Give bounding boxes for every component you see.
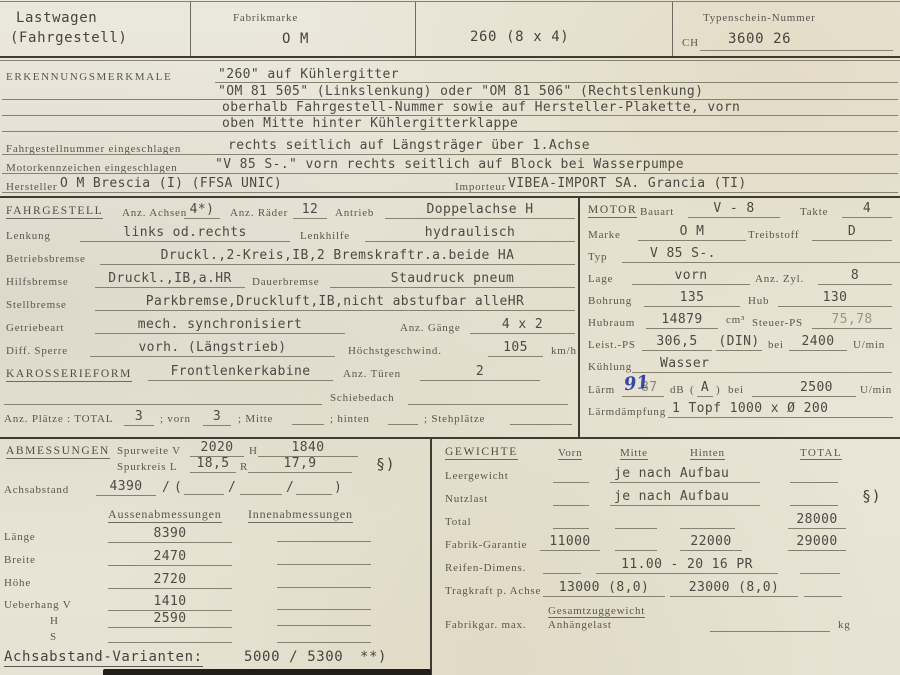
hersteller-value: O M Brescia (I) (FFSA UNIC) [60, 176, 282, 191]
rule-line [700, 50, 893, 51]
garantie-vorn-value: 11000 [540, 534, 600, 551]
spurkreis-r-value: 17,9 [248, 456, 352, 473]
varianten-label: Achsabstand-Varianten: [4, 649, 203, 667]
reifen-dimens-value: 11.00 - 20 16 PR [596, 557, 778, 574]
divider [430, 437, 432, 675]
rule-line [632, 372, 892, 373]
ueberhang-label: Ueberhang V [4, 599, 72, 611]
erkennung-line3: oberhalb Fahrgestell-Nummer sowie auf He… [222, 100, 740, 115]
blank-field [790, 505, 838, 506]
leistps-value: 306,5 [642, 334, 712, 351]
rule-line [610, 482, 760, 483]
vehicle-type-line2: (Fahrgestell) [10, 30, 127, 46]
col-aussenabmessungen: Aussenabmessungen [108, 507, 222, 523]
zyl-value: 8 [818, 268, 892, 285]
vehicle-type-line1: Lastwagen [16, 10, 97, 26]
laerm-label: Lärm [588, 384, 615, 396]
blank-field [553, 505, 589, 506]
abmessungen-title: ABMESSUNGEN [6, 445, 110, 459]
spurweite-v-value: 2020 [190, 440, 244, 457]
stellbremse-label: Stellbremse [6, 299, 67, 311]
kuehlung-value: Wasser [660, 356, 709, 371]
bauart-value: V - 8 [688, 201, 780, 218]
blank-field [277, 642, 371, 643]
laerm-bei-label: bei [728, 384, 744, 396]
blank-field [296, 494, 332, 495]
ueberhang-v-value: 1410 [108, 594, 232, 611]
achsabstand-label: Achsabstand [4, 484, 69, 496]
rule-line [2, 173, 898, 174]
blank-field [680, 528, 735, 529]
laerm-rpm-value: 2500 [800, 380, 833, 395]
diffsperre-value: vorh. (Längstrieb) [90, 340, 335, 357]
lenkhilfe-label: Lenkhilfe [300, 230, 350, 242]
blank-field [553, 482, 589, 483]
achsen-label: Anz. Achsen [122, 207, 187, 219]
fabrikmarke-label: Fabrikmarke [233, 12, 298, 24]
tragkraft-label: Tragkraft p. Achse [445, 585, 541, 597]
achsen-value: 4*) [184, 202, 220, 219]
ueberhang-h-label: H [50, 615, 59, 627]
leistps-rpm-value: 2400 [789, 334, 847, 351]
slash-mark: / [286, 480, 294, 495]
rule-line [415, 2, 416, 57]
rule-line [0, 1, 900, 2]
rule-line [2, 99, 898, 100]
treibstoff-label: Treibstoff [748, 229, 799, 241]
typ-label: Typ [588, 251, 607, 263]
total-label: Total [445, 516, 471, 528]
fahrgestellnummer-value: rechts seitlich auf Längsträger über 1.A… [228, 138, 590, 153]
col-hinten: Hinten [690, 447, 725, 460]
total-value: 28000 [788, 512, 846, 529]
lenkhilfe-value: hydraulisch [365, 225, 575, 242]
typenschein-label: Typenschein-Nummer [703, 12, 816, 24]
typenschein-prefix: CH [682, 37, 699, 49]
rule-line [752, 396, 856, 397]
achsabstand-value: 4390 [96, 479, 156, 496]
blank-field [277, 564, 371, 565]
ueberhang-s-label: S [50, 631, 57, 643]
kg-unit: kg [838, 619, 851, 631]
laerm-rpm-unit: U/min [860, 384, 892, 396]
marke-label: Marke [588, 229, 621, 241]
erkennung-label: ERKENNUNGSMERKMALE [6, 71, 172, 83]
leistps-bei-label: bei [768, 339, 784, 351]
blank-field [804, 596, 842, 597]
schiebedach-label: Schiebedach [330, 392, 394, 404]
motorkennzeichen-value: "V 85 S-." vorn rechts seitlich auf Bloc… [215, 157, 684, 172]
blank-field [277, 541, 371, 542]
blank-field [615, 528, 657, 529]
bohrung-value: 135 [644, 290, 740, 307]
blank-field [800, 573, 840, 574]
laerm-handwritten-value: 91 [623, 372, 650, 396]
bohrung-label: Bohrung [588, 295, 632, 307]
blank-field [510, 424, 572, 425]
garantie-total-value: 29000 [788, 534, 846, 551]
plaetze-mitte-label: ; Mitte [238, 413, 273, 425]
laenge-label: Länge [4, 531, 35, 543]
plaetze-total-value: 3 [124, 409, 154, 426]
blank-field [388, 424, 418, 425]
hoehe-label: Höhe [4, 577, 31, 589]
karosserieform-value: Frontlenkerkabine [148, 364, 333, 381]
varianten-note: **) [360, 649, 387, 665]
hoehe-value: 2720 [108, 572, 232, 589]
tueren-label: Anz. Türen [343, 368, 401, 380]
breite-value: 2470 [108, 549, 232, 566]
fabrik-garantie-label: Fabrik-Garantie [445, 539, 527, 551]
typ-value: V 85 S-. [622, 246, 900, 263]
laerm-db-unit: dB [670, 384, 684, 396]
erkennung-line4: oben Mitte hinter Kühlergitterklappe [222, 116, 518, 131]
nutzlast-value: je nach Aufbau [614, 489, 729, 504]
getriebeart-value: mech. synchronisiert [95, 317, 345, 334]
bauart-label: Bauart [640, 206, 674, 218]
blank-field [615, 550, 657, 551]
gewichte-title: GEWICHTE [445, 446, 518, 460]
spurweite-h-value: 1840 [258, 440, 358, 457]
steuerps-label: Steuer-PS [752, 317, 803, 329]
spurkreis-l-value: 18,5 [190, 456, 236, 473]
plaetze-vorn-label: ; vorn [160, 413, 191, 425]
varianten-value: 5000 / 5300 [244, 649, 343, 665]
laerm-a-marker: A [697, 380, 713, 397]
fabrikmarke-value: O M [282, 31, 309, 47]
rule-line [622, 396, 664, 397]
antrieb-label: Antrieb [335, 207, 374, 219]
col-mitte: Mitte [620, 447, 648, 460]
lenkung-label: Lenkung [6, 230, 51, 242]
leergewicht-value: je nach Aufbau [614, 466, 729, 481]
treibstoff-value: D [812, 224, 892, 241]
gaenge-label: Anz. Gänge [400, 322, 461, 334]
divider [0, 56, 900, 58]
kuehlung-label: Kühlung [588, 361, 632, 373]
antrieb-value: Doppelachse H [385, 202, 575, 219]
blank-field [553, 528, 589, 529]
rule-line [190, 2, 191, 57]
spurweite-label: Spurweite V [117, 445, 181, 457]
col-innenabmessungen: Innenabmessungen [248, 507, 353, 523]
anhaengelast-label: Anhängelast [548, 619, 612, 631]
marke-value: O M [638, 224, 746, 241]
hoechstgeschwind-label: Höchstgeschwind. [348, 345, 442, 357]
hoechstgeschwind-value: 105 [488, 340, 543, 357]
ueberhang-h-value: 2590 [108, 611, 232, 628]
paren-close: ) [334, 480, 342, 495]
scan-edge-artifact [103, 669, 431, 675]
laermdaempfung-value: 1 Topf 1000 x Ø 200 [672, 401, 828, 416]
divider [0, 437, 900, 439]
laenge-value: 8390 [108, 526, 232, 543]
leergewicht-label: Leergewicht [445, 470, 509, 482]
rule-line [0, 60, 900, 61]
rule-line [668, 417, 893, 418]
rule-line [610, 505, 760, 506]
stehplaetze-label: ; Stehplätze [424, 413, 485, 425]
blank-field [108, 642, 232, 643]
rule-line [2, 115, 898, 116]
raeder-label: Anz. Räder [230, 207, 288, 219]
spurkreis-label: Spurkreis L [117, 461, 177, 473]
paren-open: ( [174, 480, 182, 495]
betriebsbremse-value: Druckl.,2-Kreis,IB,2 Bremskraftr.a.beide… [100, 248, 575, 265]
blank-field [277, 625, 371, 626]
leistps-norm: (DIN) [716, 334, 762, 351]
plaetze-label: Anz. Plätze : TOTAL [4, 413, 113, 425]
blank-field [277, 587, 371, 588]
lage-label: Lage [588, 273, 613, 285]
diffsperre-label: Diff. Sperre [6, 345, 68, 357]
erkennung-line1: "260" auf Kühlergitter [218, 67, 399, 82]
breite-label: Breite [4, 554, 36, 566]
rule-line [672, 2, 673, 57]
rule-line [2, 154, 898, 155]
laerm-paren-open: ( [690, 384, 694, 396]
lage-value: vorn [632, 268, 750, 285]
rule-line [215, 82, 898, 83]
rule-line [2, 192, 898, 193]
spurkreis-r-label: R [240, 461, 248, 473]
fabrikgar-max-label: Fabrikgar. max. [445, 619, 526, 631]
typenschein-value: 3600 26 [728, 31, 791, 47]
steuerps-value: 75,78 [812, 312, 892, 329]
blank-field [292, 424, 324, 425]
tragkraft-hinten-value: 23000 (8,0) [670, 580, 798, 597]
hubraum-unit: cm³ [726, 314, 745, 326]
zyl-label: Anz. Zyl. [755, 273, 804, 285]
blank-field [4, 404, 322, 405]
typenschein-document: Lastwagen (Fahrgestell) Fabrikmarke O M … [0, 0, 900, 675]
blank-field [790, 482, 838, 483]
blank-field [408, 404, 568, 405]
getriebeart-label: Getriebeart [6, 322, 64, 334]
col-vorn: Vorn [558, 447, 582, 460]
hubraum-label: Hubraum [588, 317, 635, 329]
gesamtzuggewicht-label: Gesamtzuggewicht [548, 605, 645, 618]
plaetze-hinten-label: ; hinten [330, 413, 370, 425]
plaetze-vorn-value: 3 [203, 409, 231, 426]
lenkung-value: links od.rechts [80, 225, 290, 242]
laerm-paren-close: ) [716, 384, 720, 396]
importeur-value: VIBEA-IMPORT SA. Grancia (TI) [508, 176, 747, 191]
hoechstgeschwind-unit: km/h [551, 345, 577, 357]
divider [0, 196, 900, 198]
laermdaempfung-label: Lärmdämpfung [588, 406, 666, 418]
hub-value: 130 [778, 290, 892, 307]
hub-label: Hub [748, 295, 769, 307]
dauerbremse-value: Staudruck pneum [330, 271, 575, 288]
blank-field [710, 631, 830, 632]
slash-mark: / [162, 480, 170, 495]
karosserie-title: KAROSSERIEFORM [6, 368, 132, 382]
slash-mark: / [228, 480, 236, 495]
blank-field [184, 494, 224, 495]
raeder-value: 12 [293, 202, 327, 219]
fahrgestell-title: FAHRGESTELL [6, 205, 103, 219]
model-designation: 260 (8 x 4) [470, 29, 569, 45]
dauerbremse-label: Dauerbremse [252, 276, 319, 288]
gaenge-value: 4 x 2 [470, 317, 575, 334]
col-total: TOTAL [800, 447, 842, 460]
hilfsbremse-value: Druckl.,IB,a.HR [95, 271, 245, 288]
betriebsbremse-label: Betriebsbremse [6, 253, 86, 265]
takte-value: 4 [842, 201, 892, 218]
leistps-label: Leist.-PS [588, 339, 636, 351]
blank-field [277, 609, 371, 610]
paragraph-sign: §) [862, 487, 881, 505]
tueren-value: 2 [420, 364, 540, 381]
rule-line [2, 131, 898, 132]
garantie-hinten-value: 22000 [680, 534, 742, 551]
nutzlast-label: Nutzlast [445, 493, 488, 505]
divider [578, 198, 580, 437]
erkennung-line2: "OM 81 505" (Linkslenkung) oder "OM 81 5… [218, 84, 703, 99]
blank-field [543, 573, 581, 574]
stellbremse-value: Parkbremse,Druckluft,IB,nicht abstufbar … [95, 294, 575, 311]
paragraph-sign: §) [376, 455, 395, 473]
blank-field [240, 494, 282, 495]
takte-label: Takte [800, 206, 828, 218]
hubraum-value: 14879 [646, 312, 718, 329]
leistps-rpm-unit: U/min [853, 339, 885, 351]
reifen-dimens-label: Reifen-Dimens. [445, 562, 526, 574]
motor-title: MOTOR [588, 204, 637, 218]
tragkraft-vorn-value: 13000 (8,0) [543, 580, 665, 597]
hilfsbremse-label: Hilfsbremse [6, 276, 69, 288]
